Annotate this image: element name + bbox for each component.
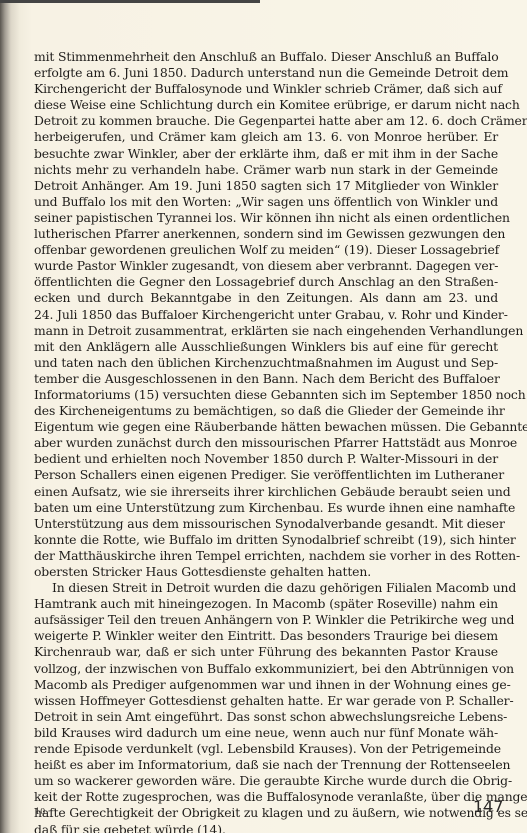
text-line: lutherischen Pfarrer anerkennen, sondern… — [34, 226, 498, 242]
text-line: bedient und erhielten noch November 1850… — [34, 451, 498, 467]
text-line: mit den Anklägern alle Ausschließungen W… — [34, 339, 498, 355]
page-number: 147 — [473, 797, 504, 816]
text-line: der Matthäuskirche ihren Tempel errichte… — [34, 548, 498, 564]
text-line: hafte Gerechtigkeit der Obrigkeit zu kla… — [34, 805, 498, 821]
text-line: Detroit Anhänger. Am 19. Juni 1850 sagte… — [34, 178, 498, 194]
text-line: Informatoriums (15) versuchten diese Geb… — [34, 387, 498, 403]
text-line: erfolgte am 6. Juni 1850. Dadurch unters… — [34, 65, 498, 81]
book-page: mit Stimmenmehrheit den Anschluß an Buff… — [0, 0, 527, 833]
text-line: rende Episode verdunkelt (vgl. Lebensbil… — [34, 741, 498, 757]
text-line: keit der Rotte zugesprochen, was die Buf… — [34, 789, 498, 805]
text-line: aber wurden zunächst durch den missouris… — [34, 435, 498, 451]
text-line: tember die Ausgeschlossenen in den Bann.… — [34, 371, 498, 387]
text-line: mann in Detroit zusammentrat, erklärten … — [34, 323, 498, 339]
text-line: um so wackerer geworden wäre. Die geraub… — [34, 773, 498, 789]
text-line: obersten Stricker Haus Gottesdienste geh… — [34, 564, 498, 580]
text-line: In diesen Streit in Detroit wurden die d… — [34, 580, 498, 596]
text-line: besuchte zwar Winkler, aber der erklärte… — [34, 146, 498, 162]
paragraph: In diesen Streit in Detroit wurden die d… — [34, 580, 498, 833]
text-line: herbeigerufen, und Crämer kam gleich am … — [34, 129, 498, 145]
text-line: wurde Pastor Winkler zugesandt, von dies… — [34, 258, 498, 274]
text-line: seiner papistischen Tyrannei los. Wir kö… — [34, 210, 498, 226]
text-line: aufsässiger Teil den treuen Anhängern vo… — [34, 612, 498, 628]
text-line: Macomb als Prediger aufgenommen war und … — [34, 677, 498, 693]
text-line: weigerte P. Winkler weiter den Eintritt.… — [34, 628, 498, 644]
text-line: 24. Juli 1850 das Buffaloer Kirchengeric… — [34, 307, 498, 323]
text-line: und taten nach den üblichen Kirchenzucht… — [34, 355, 498, 371]
scan-edge — [0, 0, 260, 3]
text-line: wissen Hoffmeyer Gottesdienst gehalten h… — [34, 693, 498, 709]
text-line: nichts mehr zu verhandeln habe. Crämer w… — [34, 162, 498, 178]
text-line: daß für sie gebetet würde (14). — [34, 822, 498, 833]
text-line: diese Weise eine Schlichtung durch ein K… — [34, 97, 498, 113]
text-line: Hamtrank auch mit hineingezogen. In Maco… — [34, 596, 498, 612]
text-line: Detroit in sein Amt eingeführt. Das sons… — [34, 709, 498, 725]
text-line: mit Stimmenmehrheit den Anschluß an Buff… — [34, 49, 498, 65]
text-line: Kirchengericht der Buffalosynode und Win… — [34, 81, 498, 97]
text-line: baten um eine Unterstützung zum Kirchenb… — [34, 500, 498, 516]
paragraph: mit Stimmenmehrheit den Anschluß an Buff… — [34, 49, 498, 580]
text-line: Eigentum wie gegen eine Räuberbande hätt… — [34, 419, 498, 435]
text-line: ecken und durch Bekanntgabe in den Zeitu… — [34, 290, 498, 306]
text-line: Person Schallers einen eigenen Prediger.… — [34, 467, 498, 483]
text-line: und Buffalo los mit den Worten: „Wir sag… — [34, 194, 498, 210]
body-text: mit Stimmenmehrheit den Anschluß an Buff… — [34, 49, 498, 833]
text-line: Unterstützung aus dem missourischen Syno… — [34, 516, 498, 532]
text-line: einen Aufsatz, wie sie ihrerseits ihrer … — [34, 484, 498, 500]
signature-mark: 10 · — [35, 807, 50, 816]
text-line: öffentlichten die Gegner den Lossagebrie… — [34, 274, 498, 290]
text-line: des Kircheneigentums zu bemächtigen, so … — [34, 403, 498, 419]
text-line: offenbar gewordenen greulichen Wolf zu m… — [34, 242, 498, 258]
text-line: Kirchenraub war, daß er sich unter Führu… — [34, 644, 498, 660]
text-line: vollzog, der inzwischen von Buffalo exko… — [34, 661, 498, 677]
text-line: konnte die Rotte, wie Buffalo im dritten… — [34, 532, 498, 548]
text-line: heißt es aber im Informatorium, daß sie … — [34, 757, 498, 773]
text-line: Detroit zu kommen brauche. Die Gegenpart… — [34, 113, 498, 129]
text-line: bild Krauses wird dadurch um eine neue, … — [34, 725, 498, 741]
